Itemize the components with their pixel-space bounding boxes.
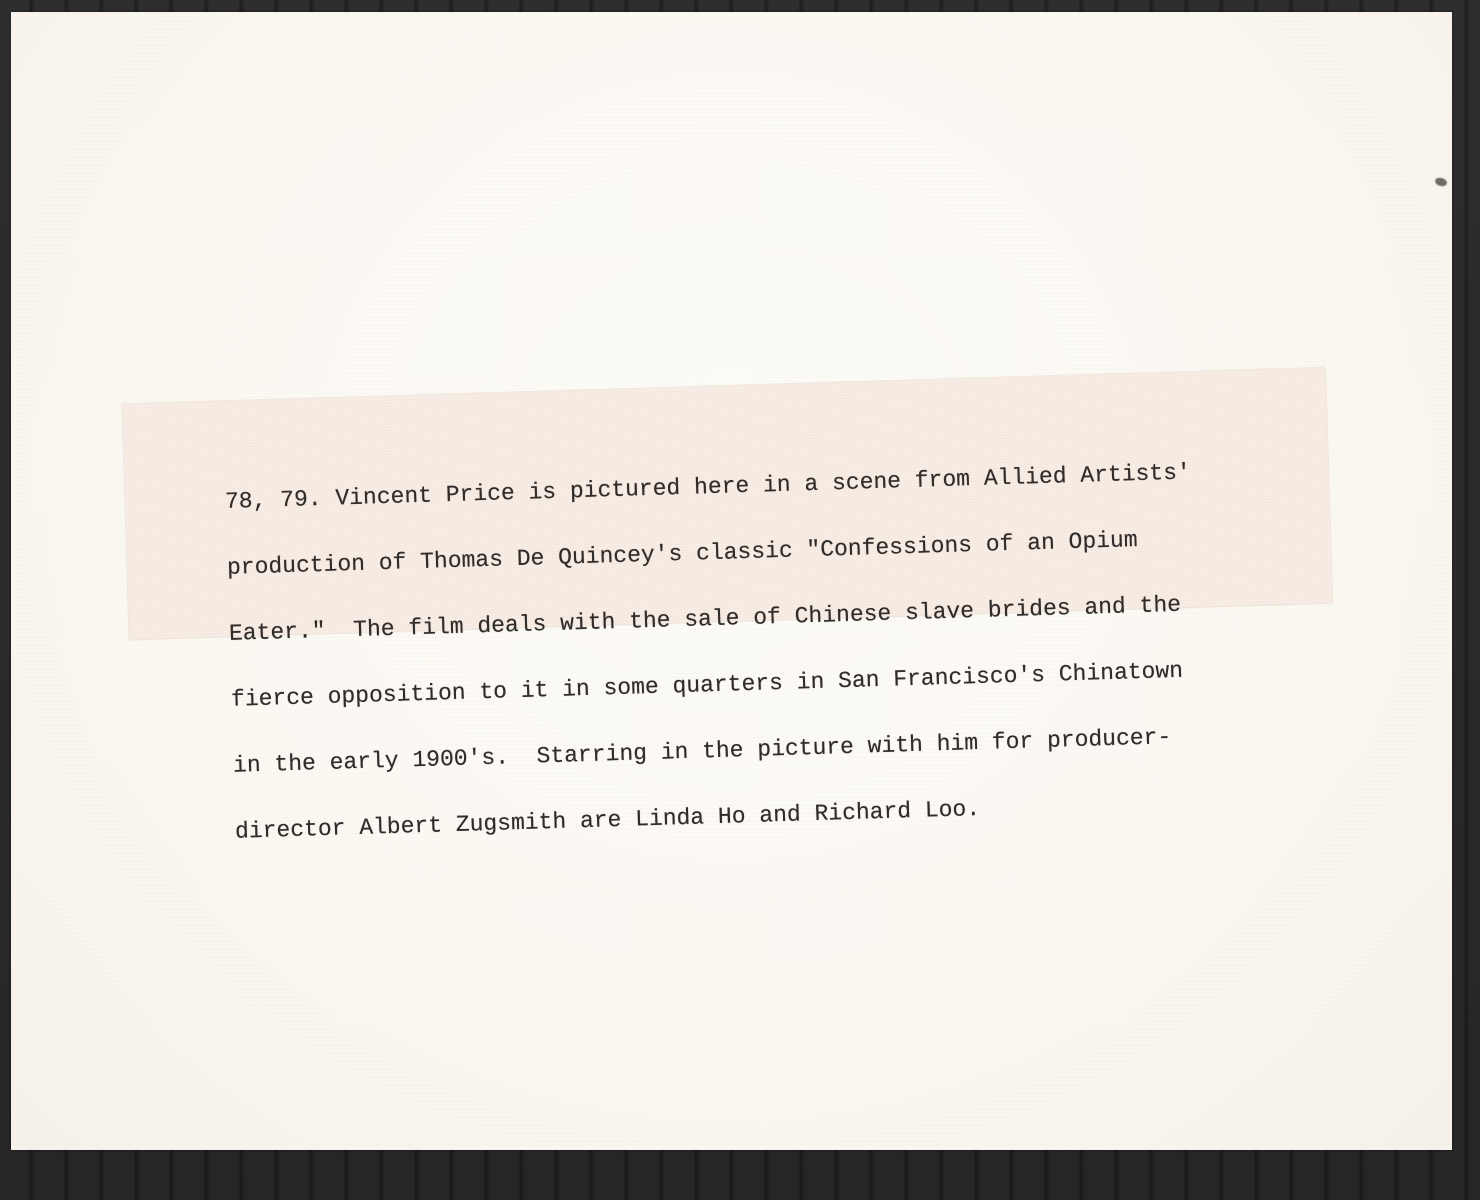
- caption-line: in the early 1900's. Starring in the pic…: [233, 725, 1199, 776]
- caption-line: fierce opposition to it in some quarters…: [231, 659, 1197, 710]
- caption-line: production of Thomas De Quincey's classi…: [227, 527, 1193, 578]
- ink-smudge: [1434, 177, 1448, 188]
- caption-line: 78, 79. Vincent Price is pictured here i…: [225, 461, 1191, 512]
- caption-strip: 78, 79. Vincent Price is pictured here i…: [122, 367, 1333, 640]
- caption-line: director Albert Zugsmith are Linda Ho an…: [235, 791, 1201, 842]
- caption-line: Eater." The film deals with the sale of …: [229, 593, 1195, 644]
- caption-text: 78, 79. Vincent Price is pictured here i…: [223, 417, 1202, 886]
